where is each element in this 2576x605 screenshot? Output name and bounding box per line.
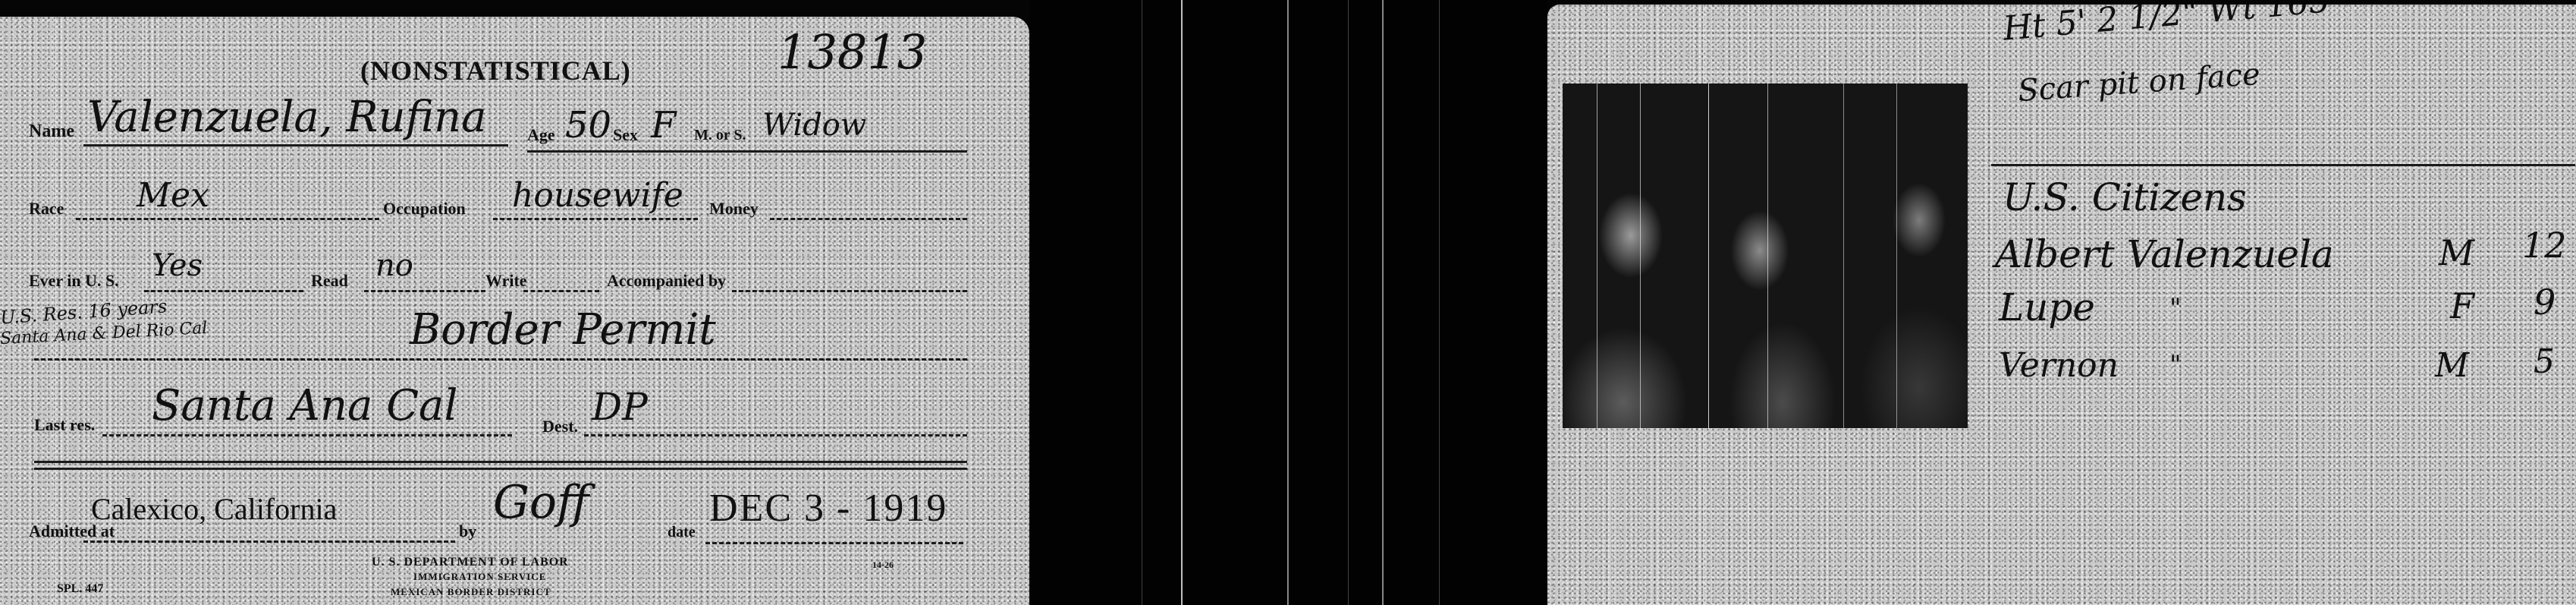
card-number: 13813: [778, 24, 927, 80]
physical-description: Ht 5' 2 1/2" Wt 165: [2002, 5, 2332, 49]
ever-in-us-value: Yes: [152, 248, 203, 283]
divider: [1991, 164, 2575, 166]
underline: [584, 434, 967, 436]
date-label: date: [668, 524, 696, 541]
child-sex: M: [2435, 346, 2469, 385]
dest-label: Dest.: [542, 417, 578, 436]
admitted-value: Calexico, California: [91, 491, 337, 527]
marital-label: M. or S.: [694, 127, 746, 144]
underline: [523, 290, 599, 292]
underline: [770, 218, 967, 220]
scan-scratch: [1439, 0, 1440, 605]
occupation-label: Occupation: [383, 199, 466, 219]
scan-scratch: [1843, 84, 1844, 428]
card-heading: (NONSTATISTICAL): [360, 55, 631, 87]
dept-line-3: MEXICAN BORDER DISTRICT: [391, 586, 551, 598]
last-res-label: Last res.: [34, 415, 95, 435]
scan-scratch: [1142, 0, 1142, 605]
child-sex: M: [2439, 232, 2474, 273]
ditto-mark: ": [2169, 350, 2182, 380]
underline: [732, 290, 967, 292]
underline: [102, 434, 512, 436]
scan-scratch: [1181, 0, 1183, 605]
scan-scratch: [1382, 0, 1384, 605]
underline: [527, 150, 967, 153]
child-name: Lupe: [1999, 285, 2095, 329]
permit-value: Border Permit: [410, 305, 716, 354]
scan-scratch: [1287, 0, 1289, 605]
divider: [34, 468, 967, 470]
underline: [34, 358, 967, 361]
sex-value: F: [651, 104, 676, 147]
last-res-value: Santa Ana Cal: [152, 381, 457, 430]
sex-label: Sex: [613, 125, 638, 145]
money-label: Money: [709, 199, 759, 219]
age-label: Age: [527, 125, 555, 145]
write-label: Write: [485, 271, 527, 291]
child-age: 9: [2534, 282, 2556, 323]
underline: [76, 218, 379, 220]
accompanied-label: Accompanied by: [607, 271, 726, 291]
citizens-heading: U.S. Citizens: [2003, 175, 2247, 219]
read-value: no: [375, 248, 413, 283]
scan-scratch: [2351, 5, 2352, 605]
microfilm-gap: [1029, 0, 1547, 605]
form-number: SPL. 447: [57, 582, 103, 596]
occupation-value: housewife: [512, 176, 683, 215]
race-label: Race: [29, 199, 64, 219]
divider: [34, 461, 967, 463]
age-value: 50: [565, 104, 611, 147]
race-value: Mex: [137, 176, 209, 215]
name-label: Name: [29, 121, 74, 142]
underline: [705, 542, 963, 544]
card-front: (NONSTATISTICAL) 13813 Name Valenzuela, …: [0, 17, 1029, 605]
ever-in-us-label: Ever in U. S.: [29, 271, 119, 291]
identifying-marks: Scar pit on face: [2017, 57, 2261, 109]
child-name: Albert Valenzuela: [1995, 232, 2334, 276]
dept-line-2: IMMIGRATION SERVICE: [413, 571, 546, 583]
underline: [144, 290, 303, 292]
date-stamp: DEC 3 - 1919: [709, 486, 947, 531]
child-sex: F: [2450, 285, 2474, 326]
family-photo: [1563, 84, 1968, 428]
underline: [493, 218, 698, 220]
marital-value: Widow: [762, 108, 866, 143]
underline: [364, 290, 485, 292]
dest-value: DP: [592, 385, 648, 429]
scan-scratch: [1708, 84, 1709, 428]
scan-scratch: [1767, 84, 1768, 428]
underline: [83, 144, 508, 147]
dept-line-1: U. S. DEPARTMENT OF LABOR: [372, 556, 569, 569]
read-label: Read: [311, 271, 348, 291]
scan-scratch: [1896, 84, 1897, 428]
child-name: Vernon: [1999, 346, 2119, 385]
inspector-signature: Goff: [493, 476, 589, 529]
child-age: 12: [2522, 225, 2567, 266]
scan-scratch: [1597, 84, 1597, 428]
name-value: Valenzuela, Rufina: [87, 93, 486, 142]
child-age: 5: [2534, 342, 2555, 381]
ditto-mark: ": [2169, 293, 2182, 323]
by-label: by: [459, 521, 476, 541]
scan-scratch: [1348, 0, 1349, 605]
print-code: 14-26: [872, 559, 894, 571]
scan-scratch: [1640, 84, 1641, 428]
underline: [83, 540, 455, 543]
